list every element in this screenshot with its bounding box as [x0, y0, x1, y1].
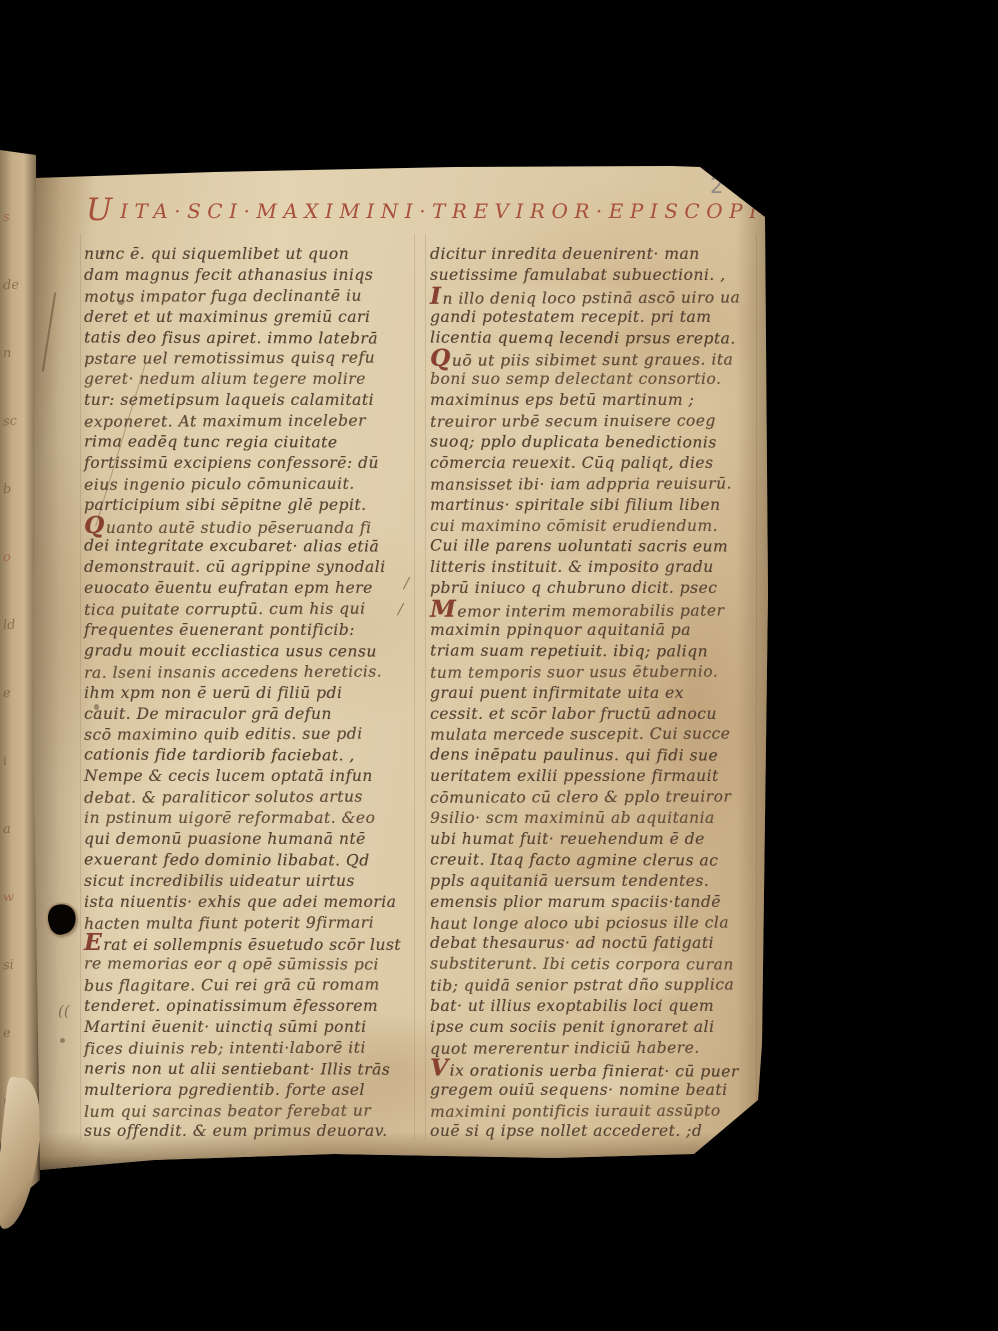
gutter-text-fragment: w: [2, 890, 14, 906]
manuscript-line: dens inēpatu paulinus. qui fidi sue: [430, 745, 764, 767]
rubric-title: UITA·SCI·MAXIMINI·TREVIROR·EPISCOPI·: [86, 192, 746, 228]
manuscript-line: debat. & paraliticor solutos artus: [84, 786, 424, 808]
manuscript-line: cationis fide tardiorib faciebat. ,: [84, 745, 424, 767]
manuscript-line: ihm xpm non ē uerū di filiū pdi: [84, 683, 424, 704]
gutter-text-fragment: e: [2, 1026, 11, 1042]
manuscript-line: ubi humat fuit· reuehendum ē de: [430, 829, 764, 850]
manuscript-line: maximin ppinquor aquitaniā pa: [430, 620, 764, 641]
manuscript-line: Erat ei sollempnis ēsuetudo scōr lust: [84, 933, 424, 954]
gutter-text-fragment: sc: [2, 414, 17, 430]
manuscript-line: frequentes ēuenerant pontificib:: [84, 620, 424, 641]
manuscript-line: in pstinum uigorē reformabat. &eo: [84, 808, 424, 829]
page-edge-shadow: [736, 164, 770, 1180]
manuscript-line: Vix orationis uerba finierat· cū puer: [430, 1058, 764, 1080]
manuscript-line: substiterunt. Ibi cetis corpora curan: [430, 954, 764, 976]
manuscript-line: Nempe & cecis lucem optatā infun: [84, 766, 424, 787]
manuscript-line: emensis plior marum spaciis·tandē: [430, 892, 764, 913]
manuscript-line: exuerant fedo dominio libabat. Qd: [84, 849, 424, 871]
manuscript-line: re memorias eor q opē sūmissis pci: [84, 954, 424, 976]
gutter-text-fragment: e: [2, 686, 11, 702]
manuscript-line: suetissime famulabat subuectioni. ,: [430, 265, 764, 286]
gutter-text-fragment: s: [2, 210, 10, 225]
gutter-text-fragment: a: [2, 822, 11, 838]
manuscript-line: tib; quidā senior pstrat dño supplica: [430, 974, 764, 996]
manuscript-line: tatis deo fisus apiret. immo latebrā: [84, 327, 424, 349]
title-text: ITA·SCI·MAXIMINI·TREVIROR·EPISCOPI·: [120, 199, 776, 223]
margin-mark: /: [404, 574, 409, 592]
manuscript-line: gregem ouiū sequens· nomine beati: [430, 1080, 764, 1101]
manuscript-line: licentia quemq lecendi prsus erepta.: [430, 327, 764, 349]
manuscript-line: In illo deniq loco pstinā ascō uiro ua: [430, 285, 764, 307]
manuscript-line: Memor interim memorabilis pater: [430, 598, 764, 620]
manuscript-line: bus flagitare. Cui rei grā cū romam: [84, 974, 424, 996]
margin-mark: ((: [58, 1002, 70, 1020]
manuscript-line: ppls aquitaniā uersum tendentes.: [430, 871, 764, 892]
manuscript-line: ista niuentis· exhis que adei memoria: [84, 892, 424, 913]
gutter-text-fragment: o: [2, 550, 11, 566]
manuscript-line: cauit. De miraculor grā defun: [84, 704, 424, 725]
manuscript-line: bat· ut illius exoptabilis loci quem: [430, 996, 764, 1017]
manuscript-line: gandi potestatem recepit. pri tam: [430, 307, 764, 328]
manuscript-line: tur: semetipsum laqueis calamitati: [84, 390, 424, 411]
ink-speck: [60, 1038, 65, 1043]
manuscript-line: exponeret. At maximum inceleber: [84, 410, 424, 432]
manuscript-line: Martini ēuenit· uinctiq sūmi ponti: [84, 1017, 424, 1038]
manuscript-line: dei integritate excubaret· alias etiā: [84, 536, 424, 558]
manuscript-line: cōmunicato cū clero & pplo treuiror: [430, 786, 764, 808]
manuscript-line: hacten multa fiunt poterit 9firmari: [84, 912, 424, 934]
manuscript-line: dicitur inredita deuenirent· man: [430, 244, 764, 265]
manuscript-line: tica puitate corruptū. cum his qui: [84, 598, 424, 620]
manuscript-page: UITA·SCI·MAXIMINI·TREVIROR·EPISCOPI· 2 n…: [34, 164, 770, 1180]
text-column-right: dicitur inredita deuenirent· mansuetissi…: [430, 244, 764, 1142]
manuscript-line: motus impator fuga declinantē iu: [84, 285, 424, 307]
manuscript-line: fortissimū excipiens confessorē: dū: [84, 453, 424, 474]
manuscript-line: lum qui sarcinas beator ferebat ur: [84, 1100, 424, 1122]
manuscript-line: qui demonū puasione humanā ntē: [84, 829, 424, 850]
manuscript-line: treuiror urbē secum inuisere coeg: [430, 410, 764, 432]
folio-number: 2: [710, 174, 723, 198]
manuscript-line: mansisset ibi· iam adppria reuisurū.: [430, 473, 764, 495]
manuscript-line: graui puent infirmitate uita ex: [430, 683, 764, 704]
title-initial: U: [86, 192, 120, 228]
manuscript-line: neris non ut alii sentiebant· Illis trās: [84, 1058, 424, 1080]
manuscript-line: ra. lseni insanis accedens hereticis.: [84, 661, 424, 683]
manuscript-line: quot mererentur indiciū habere.: [430, 1037, 764, 1059]
manuscript-photo: sdenscboldeiawsieu UITA·SCI·MAXIMINI·: [0, 0, 998, 1331]
manuscript-line: participium sibi sēpitne glē pepit.: [84, 495, 424, 516]
gutter-text-fragment: de: [2, 277, 19, 293]
manuscript-line: 9silio· scm maximinū ab aquitania: [430, 808, 764, 829]
manuscript-line: maximinus eps betū martinum ;: [430, 390, 764, 411]
manuscript-line: nunc ē. qui siquemlibet ut quon: [84, 244, 424, 265]
manuscript-line: cessit. et scōr labor fructū adnocu: [430, 704, 764, 725]
parchment-hole: [44, 900, 80, 937]
manuscript-line: Cui ille parens uoluntati sacris eum: [430, 536, 764, 558]
manuscript-line: dam magnus fecit athanasius iniqs: [84, 265, 424, 286]
manuscript-line: sus offendit. & eum primus deuorav.: [84, 1121, 424, 1142]
ruling-line: [80, 234, 81, 1140]
ruling-line: [425, 234, 426, 1140]
text-column-left: nunc ē. qui siquemlibet ut quondam magnu…: [84, 244, 424, 1142]
manuscript-line: gradu mouit eccliastica usus censu: [84, 640, 424, 662]
margin-mark: /: [398, 600, 403, 618]
manuscript-line: tenderet. opinatissimum ēfessorem: [84, 996, 424, 1017]
manuscript-line: boni suo semp delectant consortio.: [430, 369, 764, 390]
manuscript-line: Quō ut piis sibimet sunt graues. ita: [430, 348, 764, 370]
gutter-text-fragment: i: [2, 754, 7, 769]
manuscript-line: Quanto autē studio pēseruanda fi: [84, 516, 424, 537]
manuscript-line: fices diuinis reb; intenti·laborē iti: [84, 1037, 424, 1059]
manuscript-line: ipse cum sociis penit ignoraret ali: [430, 1017, 764, 1038]
facing-page-edge: sdenscboldeiawsieu: [0, 150, 40, 1212]
manuscript-line: demonstrauit. cū agrippine synodali: [84, 557, 424, 578]
parchment-scratch: [42, 292, 56, 371]
manuscript-line: triam suam repetiuit. ibiq; paliqn: [430, 640, 764, 662]
manuscript-line: rima eadēq tunc regia ciuitate: [84, 431, 424, 453]
manuscript-line: debat thesaurus· ad noctū fatigati: [430, 933, 764, 954]
gutter-text-fragment: b: [2, 482, 11, 498]
manuscript-line: martinus· spiritale sibi filium liben: [430, 495, 764, 516]
manuscript-line: deret et ut maximinus gremiū cari: [84, 307, 424, 328]
gutter-text-fragment: n: [2, 346, 11, 362]
manuscript-line: ueritatem exilii ppessione firmauit: [430, 766, 764, 787]
manuscript-line: creuit. Itaq facto agmine clerus ac: [430, 849, 764, 871]
manuscript-line: scō maximino quib editis. sue pdi: [84, 724, 424, 746]
manuscript-line: ouē si q ipse nollet accederet. ;d: [430, 1121, 764, 1142]
manuscript-line: geret· nedum alium tegere molire: [84, 369, 424, 390]
manuscript-line: haut longe aloco ubi pciosus ille cla: [430, 912, 764, 934]
gutter-text-fragment: ld: [2, 618, 16, 634]
manuscript-line: pbrū iniuco q chubruno dicit. psec: [430, 578, 764, 599]
manuscript-line: pstare uel remotissimus quisq refu: [84, 348, 424, 370]
manuscript-line: eius ingenio piculo cōmunicauit.: [84, 473, 424, 495]
manuscript-line: mulata mercede suscepit. Cui succe: [430, 724, 764, 746]
manuscript-line: sicut incredibilis uideatur uirtus: [84, 871, 424, 892]
manuscript-line: cui maximino cōmisit erudiendum.: [430, 516, 764, 537]
manuscript-line: euocato ēuentu eufratan epm here: [84, 578, 424, 599]
manuscript-line: litteris instituit. & imposito gradu: [430, 557, 764, 578]
manuscript-line: maximini pontificis iurauit assūpto: [430, 1100, 764, 1122]
manuscript-line: suoq; pplo duplicata benedictionis: [430, 431, 764, 453]
gutter-text-fragment: si: [2, 958, 14, 974]
manuscript-line: tum temporis suor usus ētubernio.: [430, 661, 764, 683]
manuscript-line: multeriora pgredientib. forte asel: [84, 1080, 424, 1101]
manuscript-line: cōmercia reuexit. Cūq paliqt, dies: [430, 453, 764, 474]
